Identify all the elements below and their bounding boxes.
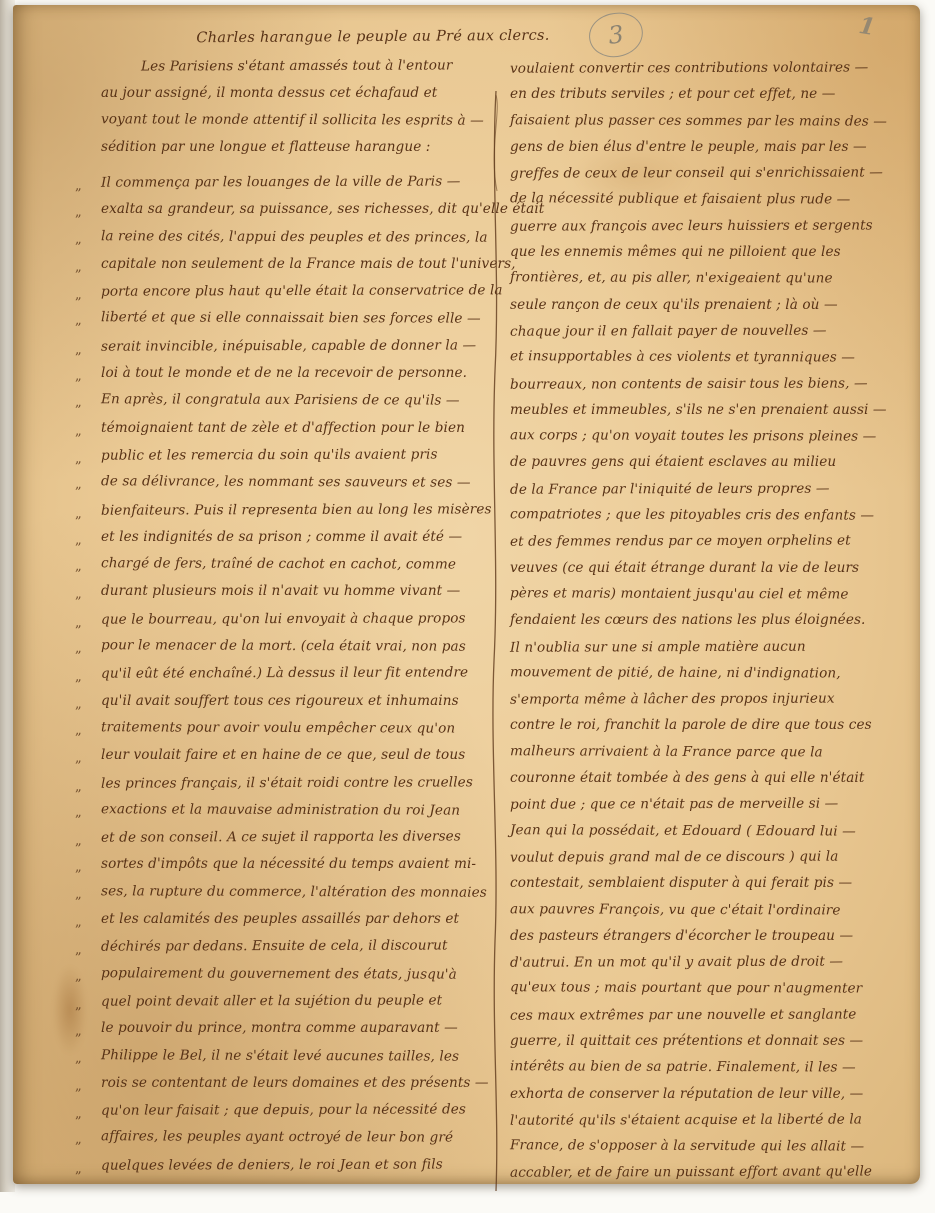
manuscript-line: „qu'on leur faisait ; que depuis, pour l… <box>101 1096 503 1125</box>
manuscript-line: bourreaux, non contents de saisir tous l… <box>510 370 924 398</box>
margin-quote-mark: „ <box>75 1045 82 1072</box>
manuscript-line: „qu'il eût été enchaîné.) Là dessus il l… <box>101 660 503 689</box>
manuscript-line: „affaires, les peuples ayant octroyé de … <box>101 1124 503 1153</box>
manuscript-line: s'emporta même à lâcher des propos injur… <box>510 685 924 713</box>
margin-quote-mark: „ <box>75 1073 82 1100</box>
margin-quote-mark: „ <box>75 527 82 554</box>
manuscript-line-text: s'emporta même à lâcher des propos injur… <box>510 691 835 708</box>
manuscript-line: voulaient convertir ces contributions vo… <box>510 54 924 82</box>
manuscript-line-text: porta encore plus haut qu'elle était la … <box>101 282 503 299</box>
manuscript-line-text: leur voulait faire et en haine de ce que… <box>101 747 465 763</box>
manuscript-line: l'autorité qu'ils s'étaient acquise et l… <box>510 1106 924 1134</box>
manuscript-line-text: Il n'oublia sur une si ample matière auc… <box>510 638 806 655</box>
margin-quote-mark: „ <box>75 909 82 936</box>
manuscript-line-text: l'autorité qu'ils s'étaient acquise et l… <box>510 1111 862 1128</box>
margin-quote-mark: „ <box>75 282 82 309</box>
margin-quote-mark: „ <box>75 173 82 200</box>
manuscript-line: „et les calamités des peuples assaillés … <box>101 906 503 933</box>
manuscript-line: exhorta de conserver la réputation de le… <box>510 1081 924 1107</box>
manuscript-line: chaque jour il en fallait payer de nouve… <box>510 317 924 345</box>
margin-quote-mark: „ <box>75 390 82 417</box>
manuscript-line-text: voyant tout le monde attentif il sollici… <box>101 111 484 128</box>
manuscript-line-text: bourreaux, non contents de saisir tous l… <box>510 375 868 392</box>
manuscript-line-text: liberté et que si elle connaissait bien … <box>101 310 481 327</box>
manuscript-line-text: qu'on leur faisait ; que depuis, pour la… <box>101 1102 466 1119</box>
manuscript-line: „que le bourreau, qu'on lui envoyait à c… <box>101 605 503 634</box>
manuscript-line: seule rançon de ceux qu'ils prenaient ; … <box>510 292 924 318</box>
margin-quote-mark: „ <box>75 745 82 772</box>
manuscript-line-text: affaires, les peuples ayant octroyé de l… <box>101 1129 453 1146</box>
manuscript-line: „qu'il avait souffert tous ces rigoureux… <box>101 688 503 715</box>
margin-quote-mark: „ <box>75 610 82 637</box>
manuscript-line: „les princes français, il s'était roidi … <box>101 769 503 798</box>
manuscript-line-text: ces maux extrêmes par une nouvelle et sa… <box>510 1006 856 1023</box>
manuscript-line-text: qu'eux tous ; mais pourtant que pour n'a… <box>510 980 862 997</box>
margin-quote-mark: „ <box>75 553 82 580</box>
manuscript-line: Il n'oublia sur une si ample matière auc… <box>510 633 924 661</box>
margin-quote-mark: „ <box>75 635 82 662</box>
margin-quote-mark: „ <box>75 854 82 881</box>
margin-quote-mark: „ <box>75 226 82 253</box>
margin-quote-mark: „ <box>75 363 82 390</box>
manuscript-line-text: accabler, et de faire un puissant effort… <box>510 1164 872 1181</box>
margin-quote-mark: „ <box>75 446 82 473</box>
manuscript-line-text: intérêts au bien de sa patrie. Finalemen… <box>510 1058 856 1075</box>
manuscript-line: aux pauvres François, vu que c'était l'o… <box>510 896 924 924</box>
manuscript-line-text: faisaient plus passer ces sommes par les… <box>510 112 887 129</box>
manuscript-line: gens de bien élus d'entre le peuple, mai… <box>510 134 924 160</box>
manuscript-line: „témoignaient tant de zèle et d'affectio… <box>101 415 503 442</box>
manuscript-line: „public et les remercia du soin qu'ils a… <box>101 441 503 470</box>
margin-quote-mark: „ <box>75 1155 82 1182</box>
manuscript-line: au jour assigné, il monta dessus cet éch… <box>101 80 503 107</box>
manuscript-line: Les Parisiens s'étant amassés tout à l'e… <box>101 52 503 80</box>
manuscript-line: „leur voulait faire et en haine de ce qu… <box>101 742 503 769</box>
manuscript-line-text: que le bourreau, qu'on lui envoyait à ch… <box>101 610 466 627</box>
manuscript-line: que les ennemis mêmes qui ne pilloient q… <box>510 239 924 265</box>
paper-stain <box>53 965 87 1055</box>
margin-quote-mark: „ <box>75 773 82 800</box>
manuscript-line-text: exalta sa grandeur, sa puissance, ses ri… <box>101 201 544 217</box>
manuscript-line: voulut depuis grand mal de ce discours )… <box>510 843 924 871</box>
manuscript-line: „le pouvoir du prince, montra comme aupa… <box>101 1015 503 1042</box>
manuscript-line-text: Les Parisiens s'étant amassés tout à l'e… <box>141 57 452 74</box>
manuscript-line: fendaient les cœurs des nations les plus… <box>510 607 924 633</box>
manuscript-line-text: exactions et la mauvaise administration … <box>101 801 460 818</box>
left-column-quoted: „Il commença par les louanges de la vill… <box>101 169 503 1179</box>
margin-quote-mark: „ <box>75 254 82 281</box>
manuscript-line-text: et de son conseil. A ce sujet il rapport… <box>101 829 461 846</box>
column-divider-line <box>483 91 509 1191</box>
manuscript-line-text: France, de s'opposer à la servitude qui … <box>510 1137 864 1154</box>
manuscript-line-text: guerre aux françois avec leurs huissiers… <box>510 217 873 234</box>
manuscript-line-text: fendaient les cœurs des nations les plus… <box>510 612 865 628</box>
manuscript-line-text: déchirés par dedans. Ensuite de cela, il… <box>101 938 448 955</box>
margin-quote-mark: „ <box>75 199 82 226</box>
manuscript-line-text: aux pauvres François, vu que c'était l'o… <box>510 901 841 918</box>
manuscript-line-text: guerre, il quittait ces prétentions et d… <box>510 1033 863 1049</box>
manuscript-line-text: en des tributs serviles ; et pour cet ef… <box>510 86 835 102</box>
manuscript-line: d'autrui. En un mot qu'il y avait plus d… <box>510 948 924 976</box>
margin-quote-mark: „ <box>75 963 82 990</box>
manuscript-title: Charles harangue le peuple au Pré aux cl… <box>138 27 608 46</box>
manuscript-line: contre le roi, franchit la parole de dir… <box>510 712 924 738</box>
manuscript-line: „quelques levées de deniers, le roi Jean… <box>101 1151 503 1180</box>
manuscript-line: point due ; que ce n'était pas de mervei… <box>510 791 924 819</box>
manuscript-line: pères et maris) montaient jusqu'au ciel … <box>510 580 924 608</box>
manuscript-line: sédition par une longue et flatteuse har… <box>101 134 503 161</box>
manuscript-line: guerre aux françois avec leurs huissiers… <box>510 212 924 240</box>
manuscript-line: „liberté et que si elle connaissait bien… <box>101 305 503 334</box>
manuscript-line: „Il commença par les louanges de la vill… <box>101 168 503 197</box>
manuscript-line-text: et des femmes rendus par ce moyen orphel… <box>510 533 851 550</box>
page-number-pencil: 1 <box>857 12 877 41</box>
manuscript-line: „chargé de fers, traîné de cachot en cac… <box>101 550 503 579</box>
manuscript-line: „de sa délivrance, les nommant ses sauve… <box>101 468 503 497</box>
manuscript-page: Charles harangue le peuple au Pré aux cl… <box>13 5 920 1184</box>
manuscript-line-text: de la nécessité publique et faisaient pl… <box>510 191 850 208</box>
margin-quote-mark: „ <box>75 1101 82 1128</box>
manuscript-line: de la nécessité publique et faisaient pl… <box>510 186 924 214</box>
manuscript-line: „exactions et la mauvaise administration… <box>101 796 503 825</box>
manuscript-line: „déchirés par dedans. Ensuite de cela, i… <box>101 933 503 962</box>
manuscript-line-text: populairement du gouvernement des états,… <box>101 965 457 982</box>
manuscript-line-text: Il commença par les louanges de la ville… <box>101 173 460 190</box>
manuscript-line: „Philippe le Bel, il ne s'était levé auc… <box>101 1042 503 1071</box>
manuscript-line-text: ses, la rupture du commerce, l'altératio… <box>101 883 487 900</box>
manuscript-line: en des tributs serviles ; et pour cet ef… <box>510 81 924 107</box>
manuscript-line-text: Jean qui la possédait, et Edouard ( Edou… <box>510 822 856 839</box>
manuscript-line-text: les princes français, il s'était roidi c… <box>101 774 473 791</box>
manuscript-line-text: capitale non seulement de la France mais… <box>101 256 516 272</box>
manuscript-line-text: et insupportables à ces violents et tyra… <box>510 348 855 365</box>
manuscript-line: „En après, il congratula aux Parisiens d… <box>101 387 503 416</box>
manuscript-line-text: public et les remercia du soin qu'ils av… <box>101 446 438 463</box>
manuscript-line: „serait invincible, inépuisable, capable… <box>101 332 503 361</box>
manuscript-line: guerre, il quittait ces prétentions et d… <box>510 1028 924 1054</box>
manuscript-line-text: compatriotes ; que les pitoyables cris d… <box>510 506 874 523</box>
manuscript-line-text: traitements pour avoir voulu empêcher ce… <box>101 719 455 736</box>
manuscript-line: intérêts au bien de sa patrie. Finalemen… <box>510 1053 924 1081</box>
manuscript-line: „et les indignités de sa prison ; comme … <box>101 524 503 551</box>
manuscript-line: meubles et immeubles, s'ils ne s'en pren… <box>510 397 924 423</box>
margin-quote-mark: „ <box>75 308 82 335</box>
manuscript-line-text: que les ennemis mêmes qui ne pilloient q… <box>510 244 841 260</box>
manuscript-line-text: sortes d'impôts que la nécessité du temp… <box>101 856 476 872</box>
right-column: voulaient convertir ces contributions vo… <box>510 55 924 1186</box>
manuscript-line-text: frontières, et, au pis aller, n'exigeaie… <box>510 270 833 287</box>
manuscript-line: „capitale non seulement de la France mai… <box>101 251 503 278</box>
manuscript-line-text: de la France par l'iniquité de leurs pro… <box>510 480 830 497</box>
manuscript-line: ces maux extrêmes par une nouvelle et sa… <box>510 1001 924 1029</box>
manuscript-line-text: bienfaiteurs. Puis il representa bien au… <box>101 501 492 518</box>
manuscript-line: accabler, et de faire un puissant effort… <box>510 1159 924 1187</box>
manuscript-line: et des femmes rendus par ce moyen orphel… <box>510 528 924 556</box>
manuscript-line-text: la reine des cités, l'appui des peuples … <box>101 228 488 245</box>
manuscript-line: malheurs arrivaient à la France parce qu… <box>510 738 924 766</box>
manuscript-line-text: durant plusieurs mois il n'avait vu homm… <box>101 583 460 599</box>
manuscript-line: voyant tout le monde attentif il sollici… <box>101 106 503 135</box>
manuscript-line: des pasteurs étrangers d'écorcher le tro… <box>510 923 924 949</box>
manuscript-line: frontières, et, au pis aller, n'exigeaie… <box>510 265 924 293</box>
manuscript-line-text: contre le roi, franchit la parole de dir… <box>510 717 872 733</box>
manuscript-line-text: aux corps ; qu'on voyait toutes les pris… <box>510 427 876 444</box>
manuscript-line-text: point due ; que ce n'était pas de mervei… <box>510 796 838 813</box>
manuscript-line: „bienfaiteurs. Puis il representa bien a… <box>101 496 503 525</box>
manuscript-line-text: au jour assigné, il monta dessus cet éch… <box>101 85 437 101</box>
manuscript-line: „traitements pour avoir voulu empêcher c… <box>101 714 503 743</box>
manuscript-line: „porta encore plus haut qu'elle était la… <box>101 277 503 306</box>
manuscript-line: Jean qui la possédait, et Edouard ( Edou… <box>510 817 924 845</box>
manuscript-line-text: voulaient convertir ces contributions vo… <box>510 59 868 76</box>
scanned-manuscript: Charles harangue le peuple au Pré aux cl… <box>0 0 935 1213</box>
page-number-circled-value: 3 <box>607 20 626 50</box>
margin-quote-mark: „ <box>75 828 82 855</box>
manuscript-line-text: voulut depuis grand mal de ce discours )… <box>510 848 838 865</box>
manuscript-line-text: d'autrui. En un mot qu'il y avait plus d… <box>510 954 843 971</box>
manuscript-line: compatriotes ; que les pitoyables cris d… <box>510 501 924 529</box>
margin-quote-mark: „ <box>75 992 82 1019</box>
manuscript-line-text: sédition par une longue et flatteuse har… <box>101 139 430 155</box>
manuscript-line-text: seule rançon de ceux qu'ils prenaient ; … <box>510 297 838 313</box>
manuscript-line-text: pères et maris) montaient jusqu'au ciel … <box>510 585 849 602</box>
manuscript-line: contestait, semblaient disputer à qui fe… <box>510 870 924 896</box>
manuscript-line-text: veuves (ce qui était étrange durant la v… <box>510 560 859 576</box>
manuscript-line-text: En après, il congratula aux Parisiens de… <box>101 392 460 409</box>
manuscript-line-text: pour le menacer de la mort. (cela était … <box>101 637 466 654</box>
manuscript-line-text: couronne était tombée à des gens à qui e… <box>510 770 864 786</box>
manuscript-line: de pauvres gens qui étaient esclaves au … <box>510 449 924 475</box>
manuscript-line: greffes de ceux de leur conseil qui s'en… <box>510 159 924 187</box>
margin-quote-mark: „ <box>75 1018 82 1045</box>
manuscript-line-text: Philippe le Bel, il ne s'était levé aucu… <box>101 1047 459 1064</box>
manuscript-line: qu'eux tous ; mais pourtant que pour n'a… <box>510 975 924 1003</box>
manuscript-line: „la reine des cités, l'appui des peuples… <box>101 223 503 252</box>
margin-quote-mark: „ <box>75 937 82 964</box>
manuscript-line-text: exhorta de conserver la réputation de le… <box>510 1086 863 1102</box>
manuscript-line: „loi à tout le monde et de ne la recevoi… <box>101 360 503 387</box>
page-number-circled: 3 <box>587 10 646 60</box>
manuscript-line-text: loi à tout le monde et de ne la recevoir… <box>101 365 467 381</box>
manuscript-line-text: de pauvres gens qui étaient esclaves au … <box>510 454 836 470</box>
manuscript-line-text: contestait, semblaient disputer à qui fe… <box>510 875 852 891</box>
manuscript-line: aux corps ; qu'on voyait toutes les pris… <box>510 422 924 450</box>
margin-quote-mark: „ <box>75 418 82 445</box>
manuscript-line-text: mouvement de pitié, de haine, ni d'indig… <box>510 664 841 681</box>
manuscript-line-text: et les indignités de sa prison ; comme i… <box>101 529 462 545</box>
manuscript-line-text: quel point devait aller et la sujétion d… <box>101 992 442 1009</box>
left-column-intro: Les Parisiens s'étant amassés tout à l'e… <box>101 53 503 161</box>
margin-quote-mark: „ <box>75 337 82 364</box>
margin-quote-mark: „ <box>75 1127 82 1154</box>
manuscript-line-text: greffes de ceux de leur conseil qui s'en… <box>510 165 883 182</box>
manuscript-line: „et de son conseil. A ce sujet il rappor… <box>101 823 503 852</box>
manuscript-line: „pour le menacer de la mort. (cela était… <box>101 632 503 661</box>
manuscript-line-text: qu'il eût été enchaîné.) Là dessus il le… <box>101 665 468 682</box>
manuscript-line-text: malheurs arrivaient à la France parce qu… <box>510 743 823 760</box>
manuscript-line: „rois se contentant de leurs domaines et… <box>101 1070 503 1097</box>
manuscript-line: „ses, la rupture du commerce, l'altérati… <box>101 878 503 907</box>
margin-quote-mark: „ <box>75 664 82 691</box>
manuscript-line-text: meubles et immeubles, s'ils ne s'en pren… <box>510 402 887 418</box>
manuscript-line-text: serait invincible, inépuisable, capable … <box>101 337 476 354</box>
manuscript-line-text: le pouvoir du prince, montra comme aupar… <box>101 1020 458 1036</box>
manuscript-line: „quel point devait aller et la sujétion … <box>101 987 503 1016</box>
manuscript-line: „durant plusieurs mois il n'avait vu hom… <box>101 578 503 605</box>
manuscript-line: mouvement de pitié, de haine, ni d'indig… <box>510 659 924 687</box>
margin-quote-mark: „ <box>75 691 82 718</box>
margin-quote-mark: „ <box>75 471 82 498</box>
margin-quote-mark: „ <box>75 799 82 826</box>
manuscript-line: „exalta sa grandeur, sa puissance, ses r… <box>101 196 503 223</box>
margin-quote-mark: „ <box>75 581 82 608</box>
manuscript-line: de la France par l'iniquité de leurs pro… <box>510 475 924 503</box>
manuscript-line-text: des pasteurs étrangers d'écorcher le tro… <box>510 928 853 944</box>
manuscript-line: France, de s'opposer à la servitude qui … <box>510 1132 924 1160</box>
manuscript-line: couronne était tombée à des gens à qui e… <box>510 765 924 791</box>
margin-quote-mark: „ <box>75 881 82 908</box>
manuscript-line: et insupportables à ces violents et tyra… <box>510 343 924 371</box>
manuscript-line: veuves (ce qui était étrange durant la v… <box>510 555 924 581</box>
manuscript-line-text: de sa délivrance, les nommant ses sauveu… <box>101 473 471 490</box>
manuscript-line-text: gens de bien élus d'entre le peuple, mai… <box>510 139 867 155</box>
manuscript-line-text: et les calamités des peuples assaillés p… <box>101 911 459 927</box>
manuscript-line-text: rois se contentant de leurs domaines et … <box>101 1075 489 1091</box>
manuscript-line-text: quelques levées de deniers, le roi Jean … <box>101 1156 443 1173</box>
manuscript-line-text: chaque jour il en fallait payer de nouve… <box>510 323 827 340</box>
margin-quote-mark: „ <box>75 500 82 527</box>
manuscript-line: „populairement du gouvernement des états… <box>101 960 503 989</box>
manuscript-line-text: témoignaient tant de zèle et d'affection… <box>101 420 465 436</box>
manuscript-line-text: chargé de fers, traîné de cachot en cach… <box>101 555 456 572</box>
manuscript-line: faisaient plus passer ces sommes par les… <box>510 107 924 135</box>
margin-quote-mark: „ <box>75 717 82 744</box>
manuscript-line-text: qu'il avait souffert tous ces rigoureux … <box>101 693 459 709</box>
manuscript-line: „sortes d'impôts que la nécessité du tem… <box>101 851 503 878</box>
